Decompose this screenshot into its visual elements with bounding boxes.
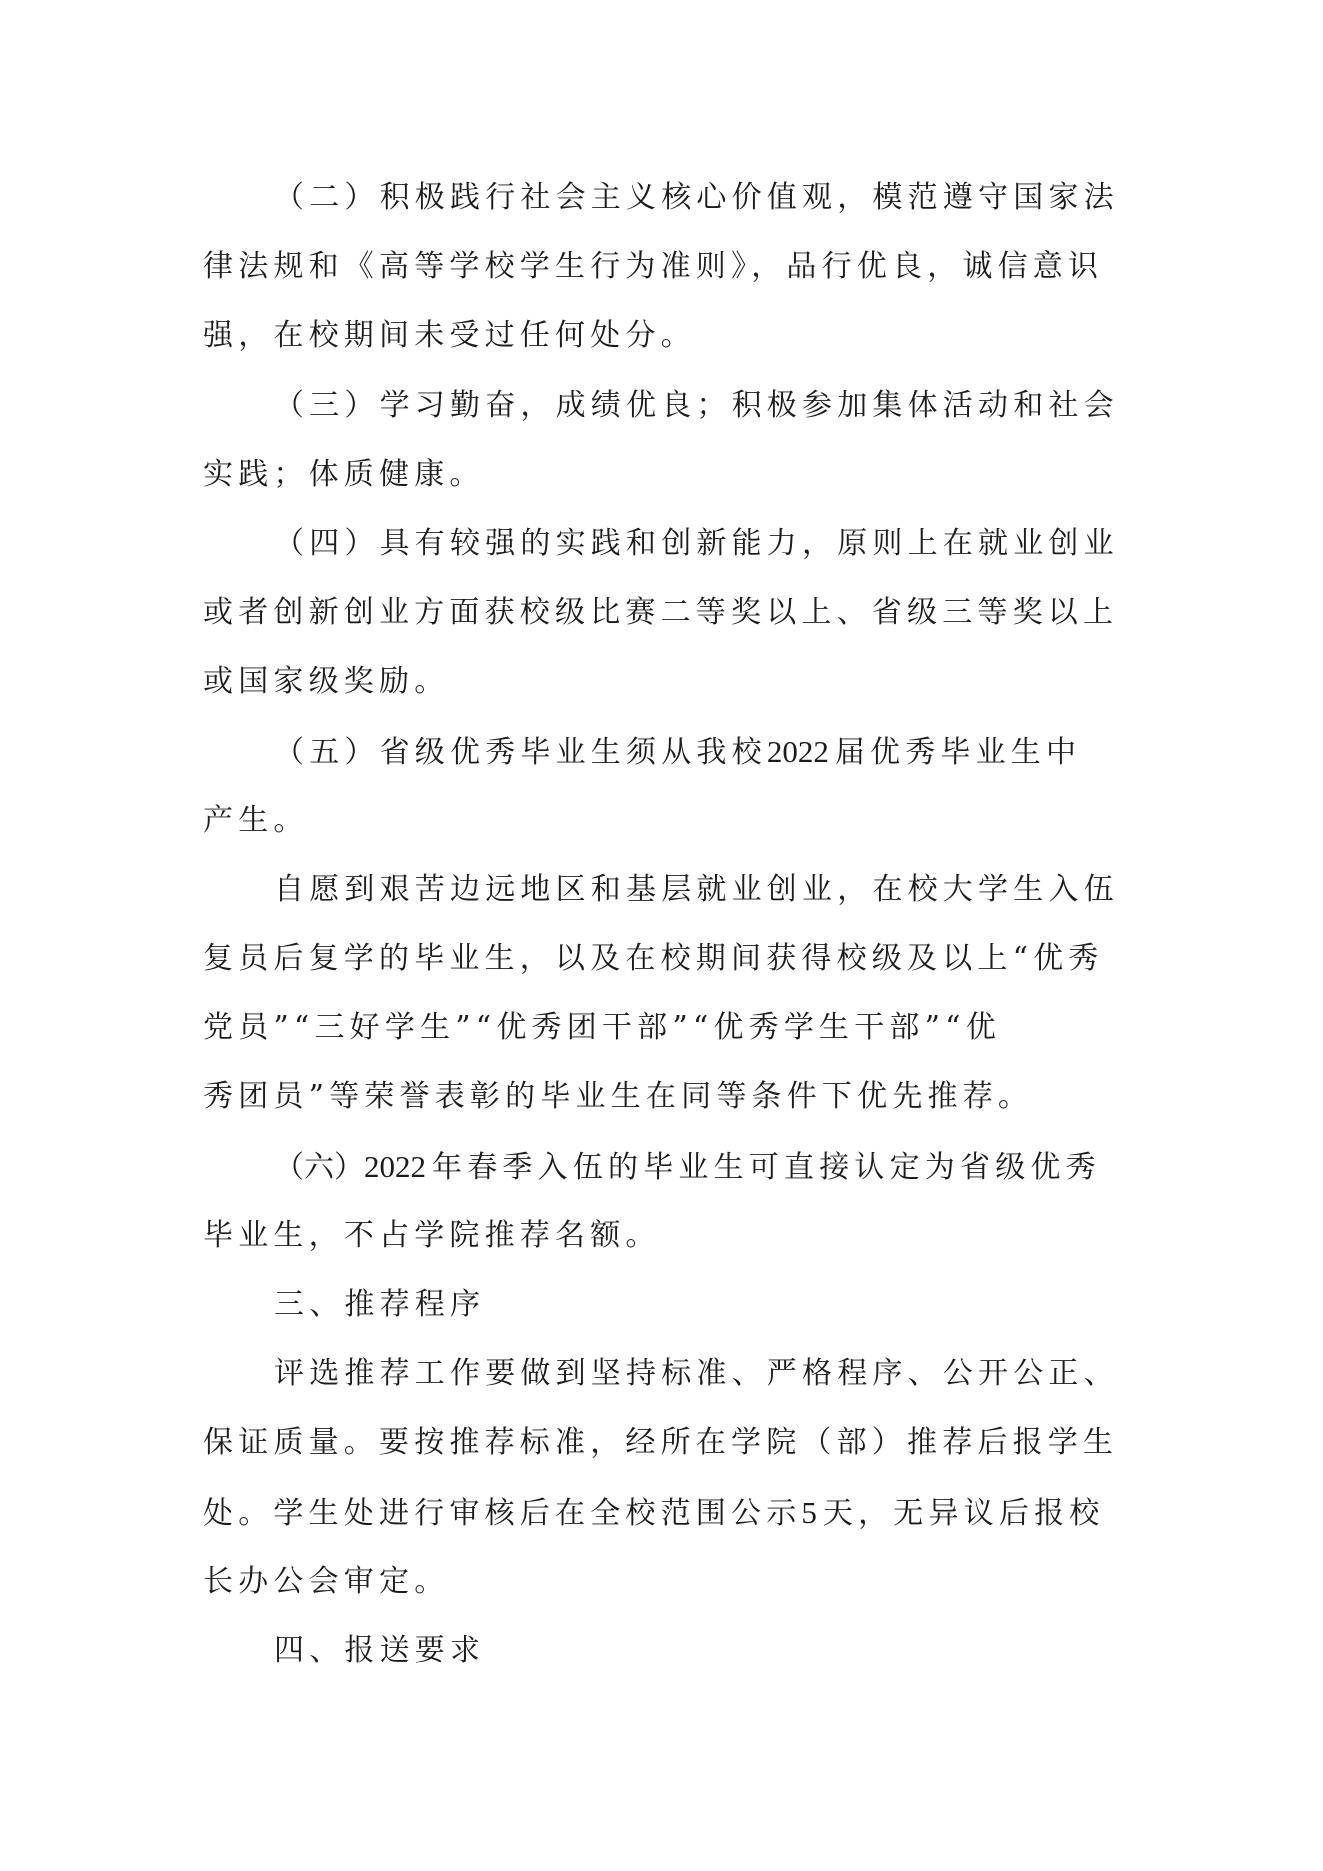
paragraph-recommendation-procedure: 评选推荐工作要做到坚持标准、严格程序、公开公正、 保证质量。要按推荐标准，经所在… (203, 1339, 1133, 1616)
paragraph-criterion-4: （四）具有较强的实践和创新能力，原则上在就业创业 或者创新创业方面获校级比赛二等… (203, 509, 1133, 717)
text-line: 或国家级奖励。 (203, 647, 1133, 716)
text-line: 秀团员”等荣誉表彰的毕业生在同等条件下优先推荐。 (203, 1062, 1133, 1131)
text-line: 实践；体质健康。 (203, 440, 1133, 509)
text-line: 强，在校期间未受过任何处分。 (203, 301, 1133, 370)
text-line: 评选推荐工作要做到坚持标准、严格程序、公开公正、 (203, 1339, 1133, 1408)
text-segment: 天，无异议后报校 (817, 1496, 1105, 1531)
text-line: 保证质量。要按推荐标准，经所在学院（部）推荐后报学生 (203, 1408, 1133, 1477)
text-line: 自愿到艰苦边远地区和基层就业创业，在校大学生入伍 (203, 855, 1133, 924)
paragraph-criterion-2: （二）积极践行社会主义核心价值观，模范遵守国家法 律法规和《高等学校学生行为准则… (203, 163, 1133, 371)
text-line: 复员后复学的毕业生，以及在校期间获得校级及以上“优秀 (203, 924, 1133, 993)
text-segment: （六） (274, 1150, 364, 1185)
paragraph-criterion-3: （三）学习勤奋，成绩优良；积极参加集体活动和社会 实践；体质健康。 (203, 371, 1133, 509)
text-segment: 届优秀毕业生中 (829, 735, 1081, 770)
text-line: （六）2022年春季入伍的毕业生可直接认定为省级优秀 (203, 1132, 1133, 1201)
document-page: （二）积极践行社会主义核心价值观，模范遵守国家法 律法规和《高等学校学生行为准则… (0, 0, 1323, 1871)
text-line: 律法规和《高等学校学生行为准则》，品行优良，诚信意识 (203, 232, 1133, 301)
year-number: 2022 (767, 734, 829, 769)
section-heading: 四、报送要求 (203, 1616, 1133, 1685)
text-segment: 年春季入伍的毕业生可直接认定为省级优秀 (426, 1150, 1101, 1185)
text-line: （四）具有较强的实践和创新能力，原则上在就业创业 (203, 509, 1133, 578)
section-heading-submission-requirements: 四、报送要求 (203, 1616, 1133, 1685)
text-segment: （五）省级优秀毕业生须从我校 (274, 735, 767, 770)
text-line: 或者创新创业方面获校级比赛二等奖以上、省级三等奖以上 (203, 578, 1133, 647)
document-body: （二）积极践行社会主义核心价值观，模范遵守国家法 律法规和《高等学校学生行为准则… (203, 163, 1133, 1685)
text-line: （五）省级优秀毕业生须从我校2022届优秀毕业生中 (203, 717, 1133, 786)
paragraph-criterion-6: （六）2022年春季入伍的毕业生可直接认定为省级优秀 毕业生，不占学院推荐名额。 (203, 1132, 1133, 1270)
text-line: 长办公会审定。 (203, 1547, 1133, 1616)
section-heading-recommendation-procedure: 三、推荐程序 (203, 1270, 1133, 1339)
text-line: 党员”“三好学生”“优秀团干部”“优秀学生干部”“优 (203, 993, 1133, 1062)
text-line: （二）积极践行社会主义核心价值观，模范遵守国家法 (203, 163, 1133, 232)
paragraph-criterion-5: （五）省级优秀毕业生须从我校2022届优秀毕业生中 产生。 (203, 717, 1133, 855)
text-line: 产生。 (203, 786, 1133, 855)
day-count-number: 5 (801, 1495, 817, 1530)
text-line: 处。学生处进行审核后在全校范围公示5天，无异议后报校 (203, 1478, 1133, 1547)
text-line: （三）学习勤奋，成绩优良；积极参加集体活动和社会 (203, 371, 1133, 440)
paragraph-priority-note: 自愿到艰苦边远地区和基层就业创业，在校大学生入伍 复员后复学的毕业生，以及在校期… (203, 855, 1133, 1132)
year-number: 2022 (364, 1149, 426, 1184)
text-line: 毕业生，不占学院推荐名额。 (203, 1201, 1133, 1270)
section-heading: 三、推荐程序 (203, 1270, 1133, 1339)
text-segment: 处。学生处进行审核后在全校范围公示 (203, 1496, 801, 1531)
